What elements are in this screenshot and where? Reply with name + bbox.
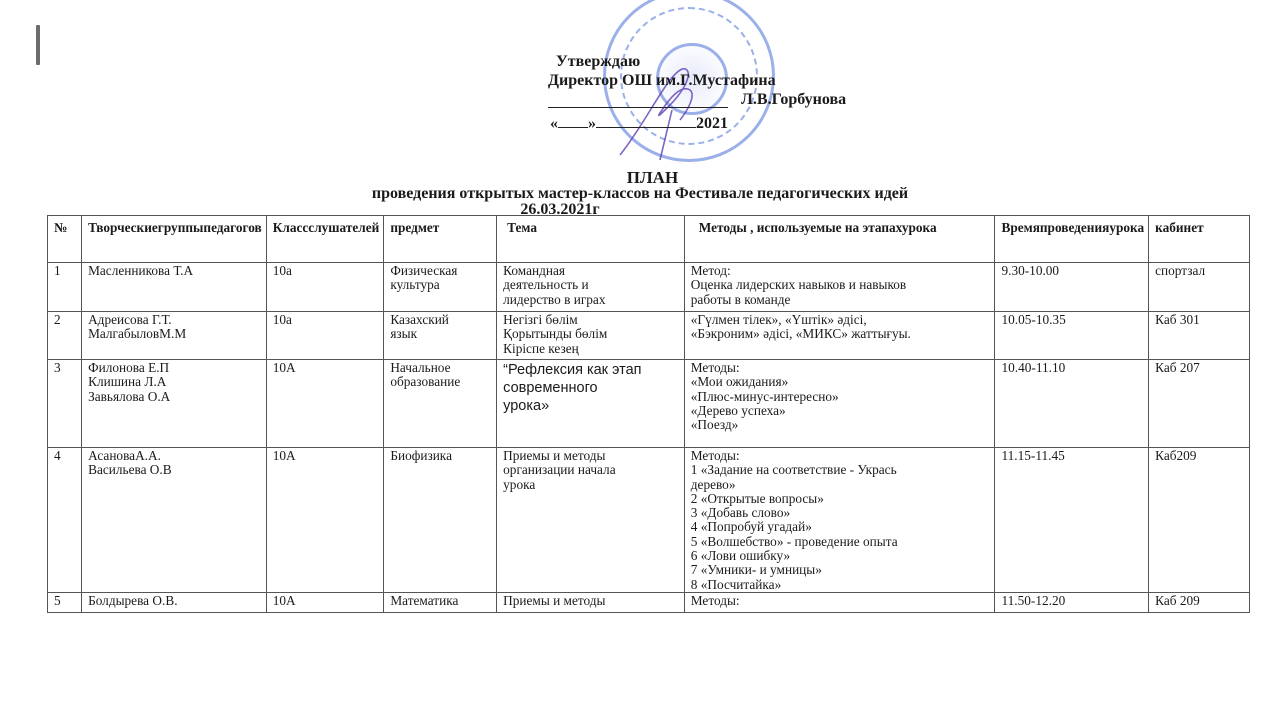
- cell-class: 10а: [266, 312, 384, 360]
- approval-director: Директор ОШ им.Г.Мустафина: [548, 71, 846, 90]
- cell-line: 5 «Волшебство» - проведение опыта: [691, 535, 991, 549]
- header-cabinet: кабинет: [1149, 216, 1250, 263]
- cell-line: Негізгі бөлім: [503, 313, 680, 327]
- cell-methods: Метод:Оценка лидерских навыков и навыков…: [684, 263, 995, 312]
- scan-margin-mark: [36, 25, 40, 65]
- cell-theme: Команднаядеятельность илидерство в играх: [497, 263, 685, 312]
- cell-theme: Приемы и методыорганизации началаурока: [497, 448, 685, 593]
- cell-line: организации начала: [503, 463, 680, 477]
- cell-class: 10А: [266, 360, 384, 448]
- cell-teachers: Масленникова Т.А: [82, 263, 267, 312]
- cell-cabinet: Каб209: [1149, 448, 1250, 593]
- cell-class: 10А: [266, 448, 384, 593]
- cell-line: Математика: [390, 594, 492, 608]
- cell-line: Қорытынды бөлім: [503, 327, 680, 341]
- cell-line: “Рефлексия как этап: [503, 361, 680, 379]
- cell-cabinet: Каб 301: [1149, 312, 1250, 360]
- cell-subject: Биофизика: [384, 448, 497, 593]
- header-theme: Тема: [497, 216, 685, 263]
- cell-line: «Дерево успеха»: [691, 404, 991, 418]
- cell-num: 5: [48, 593, 82, 613]
- header-groups: Творческиегруппыпедагогов: [82, 216, 267, 263]
- cell-line: Клишина Л.А: [88, 375, 262, 389]
- cell-line: Физическая: [390, 264, 492, 278]
- month-blank: [596, 127, 696, 128]
- cell-subject: Начальноеобразование: [384, 360, 497, 448]
- cell-class: 10А: [266, 593, 384, 613]
- cell-cabinet: Каб 207: [1149, 360, 1250, 448]
- cell-line: Приемы и методы: [503, 594, 680, 608]
- header-time: Времяпроведенияурока: [995, 216, 1149, 263]
- cell-num: 1: [48, 263, 82, 312]
- cell-line: современного: [503, 379, 680, 397]
- cell-time: 10.05-10.35: [995, 312, 1149, 360]
- cell-line: 3 «Добавь слово»: [691, 506, 991, 520]
- cell-time: 11.50-12.20: [995, 593, 1149, 613]
- date-quote-open: «: [550, 115, 558, 132]
- cell-line: урока»: [503, 397, 680, 415]
- header-subject: предмет: [384, 216, 497, 263]
- cell-methods: Методы:: [684, 593, 995, 613]
- cell-line: Масленникова Т.А: [88, 264, 262, 278]
- header-methods: Методы , используемые на этапахурока: [684, 216, 995, 263]
- cell-methods: «Гүлмен тілек», «Үштік» әдісі,«Бэкроним»…: [684, 312, 995, 360]
- cell-subject: Математика: [384, 593, 497, 613]
- cell-line: 4 «Попробуй угадай»: [691, 520, 991, 534]
- cell-line: Приемы и методы: [503, 449, 680, 463]
- cell-line: «Мои ожидания»: [691, 375, 991, 389]
- cell-line: Завьялова О.А: [88, 390, 262, 404]
- cell-line: 6 «Лови ошибку»: [691, 549, 991, 563]
- approval-name: Л.В.Горбунова: [548, 90, 846, 109]
- cell-line: Биофизика: [390, 449, 492, 463]
- table-row: 3Филонова Е.ПКлишина Л.АЗавьялова О.А10А…: [48, 360, 1250, 448]
- cell-num: 4: [48, 448, 82, 593]
- cell-line: 7 «Умники- и умницы»: [691, 563, 991, 577]
- cell-time: 11.15-11.45: [995, 448, 1149, 593]
- cell-subject: Физическаякультура: [384, 263, 497, 312]
- table-row: 5Болдырева О.В.10АМатематикаПриемы и мет…: [48, 593, 1250, 613]
- cell-class: 10а: [266, 263, 384, 312]
- cell-line: Методы:: [691, 449, 991, 463]
- date-year: 2021: [696, 115, 728, 132]
- cell-line: Адреисова Г.Т.: [88, 313, 262, 327]
- cell-cabinet: спортзал: [1149, 263, 1250, 312]
- cell-line: Методы:: [691, 594, 991, 608]
- cell-line: АсановаА.А.: [88, 449, 262, 463]
- table-row: 4АсановаА.А.Васильева О.В10АБиофизикаПри…: [48, 448, 1250, 593]
- cell-line: дерево»: [691, 478, 991, 492]
- approval-date: «»2021: [548, 114, 846, 133]
- cell-teachers: Болдырева О.В.: [82, 593, 267, 613]
- cell-line: Болдырева О.В.: [88, 594, 262, 608]
- cell-line: работы в команде: [691, 293, 991, 307]
- cell-line: МалгабыловМ.М: [88, 327, 262, 341]
- cell-line: «Гүлмен тілек», «Үштік» әдісі,: [691, 313, 991, 327]
- header-class: Классслушателей: [266, 216, 384, 263]
- cell-subject: Казахскийязык: [384, 312, 497, 360]
- table-header-row: № Творческиегруппыпедагогов Классслушате…: [48, 216, 1250, 263]
- title-subtitle: проведения открытых мастер-классов на Фе…: [0, 186, 1280, 202]
- master-class-plan-table: № Творческиегруппыпедагогов Классслушате…: [47, 215, 1250, 613]
- cell-line: язык: [390, 327, 492, 341]
- cell-line: культура: [390, 278, 492, 292]
- cell-line: 8 «Посчитайка»: [691, 578, 991, 592]
- cell-line: Командная: [503, 264, 680, 278]
- approval-block: Утверждаю Директор ОШ им.Г.Мустафина Л.В…: [548, 52, 846, 133]
- cell-teachers: Адреисова Г.Т.МалгабыловМ.М: [82, 312, 267, 360]
- cell-line: урока: [503, 478, 680, 492]
- cell-line: Начальное: [390, 361, 492, 375]
- cell-theme: Негізгі бөлімҚорытынды бөлімКіріспе кезе…: [497, 312, 685, 360]
- header-num: №: [48, 216, 82, 263]
- day-blank: [558, 127, 588, 128]
- cell-cabinet: Каб 209: [1149, 593, 1250, 613]
- approval-heading: Утверждаю: [548, 52, 846, 71]
- cell-line: Кіріспе кезең: [503, 342, 680, 356]
- cell-line: Методы:: [691, 361, 991, 375]
- cell-num: 2: [48, 312, 82, 360]
- cell-teachers: Филонова Е.ПКлишина Л.АЗавьялова О.А: [82, 360, 267, 448]
- cell-line: Казахский: [390, 313, 492, 327]
- cell-line: образование: [390, 375, 492, 389]
- cell-line: 2 «Открытые вопросы»: [691, 492, 991, 506]
- cell-theme: Приемы и методы: [497, 593, 685, 613]
- cell-line: Васильева О.В: [88, 463, 262, 477]
- cell-num: 3: [48, 360, 82, 448]
- table-body: 1Масленникова Т.А10аФизическаякультураКо…: [48, 263, 1250, 613]
- cell-line: Метод:: [691, 264, 991, 278]
- cell-line: Филонова Е.П: [88, 361, 262, 375]
- cell-line: Оценка лидерских навыков и навыков: [691, 278, 991, 292]
- cell-methods: Методы:«Мои ожидания»«Плюс-минус-интерес…: [684, 360, 995, 448]
- cell-line: «Плюс-минус-интересно»: [691, 390, 991, 404]
- cell-line: лидерство в играх: [503, 293, 680, 307]
- cell-time: 9.30-10.00: [995, 263, 1149, 312]
- cell-line: «Поезд»: [691, 418, 991, 432]
- cell-line: 1 «Задание на соответствие - Укрась: [691, 463, 991, 477]
- cell-theme: “Рефлексия как этапсовременногоурока»: [497, 360, 685, 448]
- document-title: ПЛАН проведения открытых мастер-классов …: [0, 170, 1280, 218]
- cell-methods: Методы:1 «Задание на соответствие - Укра…: [684, 448, 995, 593]
- title-plan: ПЛАН: [25, 170, 1280, 186]
- cell-line: деятельность и: [503, 278, 680, 292]
- table-row: 1Масленникова Т.А10аФизическаякультураКо…: [48, 263, 1250, 312]
- cell-line: «Бэкроним» әдісі, «МИКС» жаттығуы.: [691, 327, 991, 341]
- date-quote-close: »: [588, 115, 596, 132]
- cell-teachers: АсановаА.А.Васильева О.В: [82, 448, 267, 593]
- table-row: 2Адреисова Г.Т.МалгабыловМ.М10аКазахский…: [48, 312, 1250, 360]
- cell-time: 10.40-11.10: [995, 360, 1149, 448]
